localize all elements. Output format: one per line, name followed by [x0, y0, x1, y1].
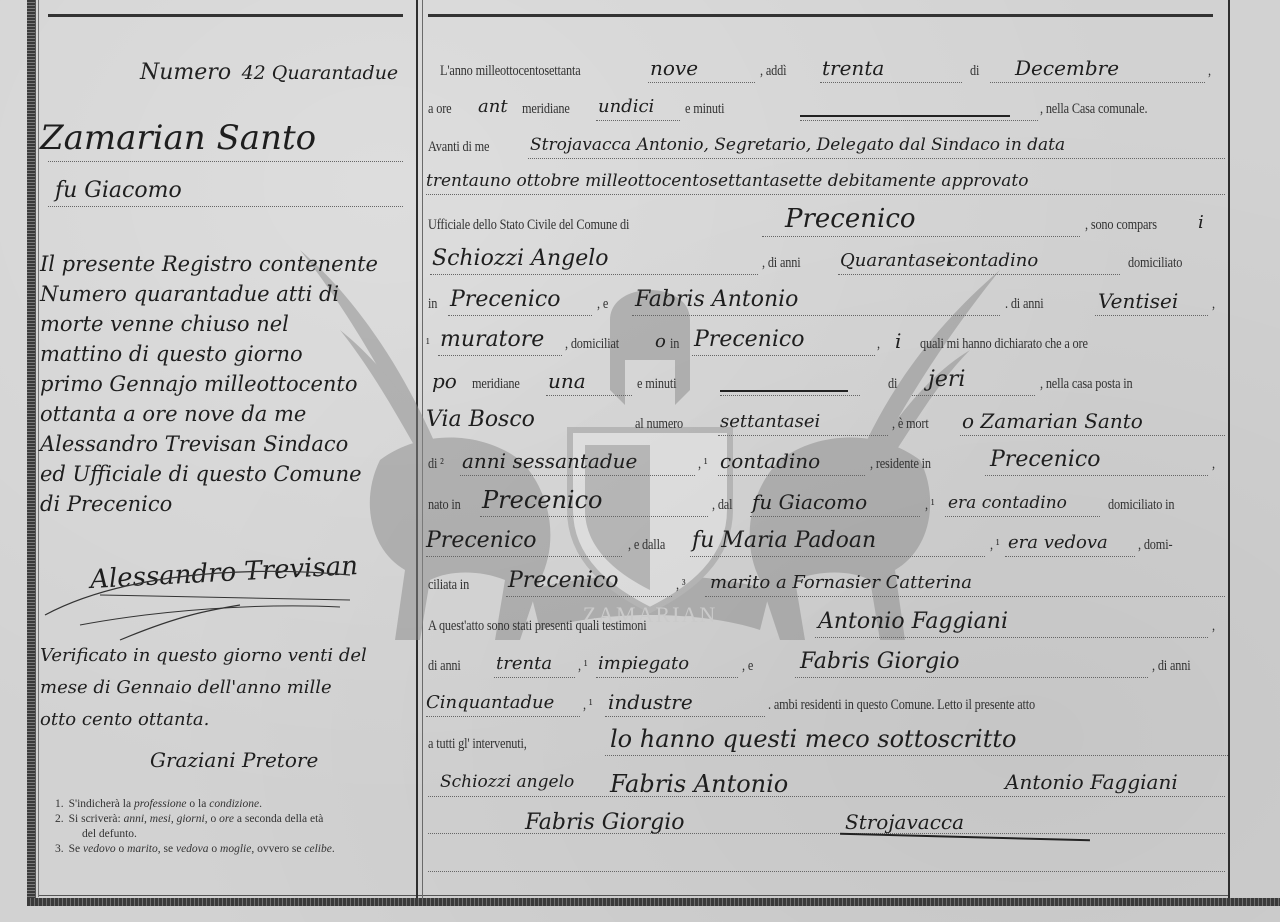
top-rule-left	[48, 14, 403, 17]
handwritten-entry: Precenico	[990, 447, 1100, 472]
printed-text: . di anni	[1005, 296, 1044, 313]
handwritten-entry: anni sessantadue	[462, 449, 637, 473]
printed-text: , e dalla	[628, 537, 665, 554]
footnote-text: Si scriverà:	[69, 813, 124, 825]
printed-text: , domi-	[1138, 537, 1172, 554]
footnote-text: professione	[134, 798, 187, 810]
blank-dash-line	[720, 390, 848, 392]
signature-underline	[840, 833, 1090, 842]
dotted-fill-line	[690, 555, 985, 557]
handwritten-entry: marito a Fornasier Catterina	[710, 572, 972, 593]
signature-flourish-icon	[40, 555, 360, 645]
dotted-fill-line	[1095, 314, 1208, 316]
printed-text: domiciliato in	[1108, 497, 1174, 514]
column-divider-thin	[422, 0, 423, 898]
signature: Antonio Faggiani	[1005, 770, 1178, 794]
printed-text: di anni	[428, 658, 461, 675]
dotted-fill-line	[692, 354, 875, 356]
dotted-fill-line	[448, 314, 592, 316]
handwritten-entry: Precenico	[450, 287, 560, 312]
closing-note-line: Numero quarantadue atti di	[40, 282, 339, 306]
printed-text: ,	[877, 336, 880, 353]
printed-text: Avanti di me	[428, 139, 489, 156]
footnote-line: 3.Se vedovo o marito, se vedova o moglie…	[55, 843, 335, 855]
dotted-fill-line	[648, 81, 755, 83]
printed-text: , ¹	[698, 456, 707, 473]
footnote-text: o	[116, 843, 128, 855]
dotted-line	[48, 160, 403, 162]
footnote-text: .	[259, 798, 262, 810]
signature-dotted-line	[428, 795, 1225, 797]
footnote-line: 1.S'indicherà la professione o la condiz…	[55, 798, 262, 810]
footnote-text: vedova	[176, 843, 209, 855]
closing-note-line: primo Gennajo milleottocento	[40, 372, 357, 396]
dotted-fill-line	[960, 434, 1225, 436]
closing-note-line: Alessandro Trevisan Sindaco	[40, 432, 348, 456]
footnote-text: condizione	[209, 798, 259, 810]
column-divider	[416, 0, 418, 898]
signature: Schiozzi angelo	[440, 772, 574, 792]
numero-label: Numero 42 Quarantadue	[140, 60, 398, 85]
printed-text: , addì	[760, 63, 786, 80]
printed-text: di	[888, 376, 897, 393]
handwritten-entry: i	[895, 329, 901, 353]
footnote-text: Se	[69, 843, 83, 855]
printed-text: , sono compars	[1085, 217, 1157, 234]
dotted-fill-line	[605, 715, 765, 717]
ornamental-border-bottom	[27, 898, 1280, 906]
footnote-text: .	[332, 843, 335, 855]
printed-text: in	[428, 296, 437, 313]
dotted-fill-line	[605, 754, 1228, 756]
printed-text: , e	[597, 296, 608, 313]
dotted-fill-line	[800, 119, 1038, 121]
footnote-text: del defunto.	[82, 828, 137, 840]
footnote-line: del defunto.	[82, 828, 137, 840]
handwritten-entry: po	[432, 369, 457, 393]
printed-text: e minuti	[685, 101, 724, 118]
footnote-text: o	[209, 843, 221, 855]
dotted-fill-line	[795, 676, 1148, 678]
footnote-text: , o	[205, 813, 219, 825]
handwritten-entry: Fabris Giorgio	[800, 649, 960, 674]
dotted-fill-line	[480, 515, 708, 517]
dotted-fill-line	[494, 676, 575, 678]
footnote-text: vedovo	[83, 843, 116, 855]
dotted-fill-line	[718, 434, 888, 436]
printed-text: meridiane	[522, 101, 570, 118]
closing-note-line: mattino di questo giorno	[40, 342, 303, 366]
printed-text: a tutti gl' intervenuti,	[428, 736, 527, 753]
printed-text: , domiciliat	[565, 336, 619, 353]
handwritten-entry: era contadino	[948, 493, 1067, 513]
dotted-fill-line	[815, 636, 1208, 638]
dotted-fill-line	[528, 157, 1225, 159]
handwritten-entry: Precenico	[694, 327, 804, 352]
printed-text: meridiane	[472, 376, 520, 393]
handwritten-entry: Strojavacca Antonio, Segretario, Delegat…	[530, 135, 1065, 155]
printed-text: , e	[742, 658, 753, 675]
footnote-text: a seconda della età	[234, 813, 323, 825]
dotted-fill-line	[718, 474, 865, 476]
handwritten-entry: o Zamarian Santo	[962, 409, 1143, 433]
closing-note-line: di Precenico	[40, 492, 172, 516]
closing-note-line: ed Ufficiale di questo Comune	[40, 462, 362, 486]
document-page: ZAMARIAN Numero 42 Quarantadue Zamarian …	[0, 0, 1280, 922]
handwritten-entry: fu Giacomo	[752, 490, 867, 514]
deceased-name-heading: Zamarian Santo	[40, 118, 316, 158]
printed-text: ,	[1212, 456, 1215, 473]
handwritten-entry: Fabris Antonio	[635, 287, 798, 312]
handwritten-entry: undici	[598, 96, 654, 117]
footnote-text: S'indicherà la	[69, 798, 134, 810]
handwritten-entry: i	[1198, 212, 1204, 233]
printed-text: , nella casa posta in	[1040, 376, 1133, 393]
dotted-fill-line	[596, 119, 680, 121]
signature-dotted-line	[428, 870, 1225, 872]
dotted-fill-line	[546, 394, 632, 396]
handwritten-entry: Ventisei	[1098, 289, 1178, 313]
printed-text: ,	[1208, 63, 1211, 80]
dotted-fill-line	[426, 715, 580, 717]
printed-text: L'anno milleottocentosettanta	[440, 63, 581, 80]
blank-dash-line	[800, 115, 1010, 117]
handwritten-entry: Schiozzi Angelo	[432, 246, 609, 271]
dotted-fill-line	[990, 81, 1205, 83]
signature-pretore: Graziani Pretore	[150, 748, 318, 772]
handwritten-entry: o	[655, 331, 666, 352]
printed-text: di ²	[428, 456, 444, 473]
handwritten-entry: Precenico	[426, 528, 536, 553]
signature: Fabris Giorgio	[525, 810, 685, 835]
footnote-text: marito	[127, 843, 158, 855]
handwritten-entry: Precenico	[508, 568, 618, 593]
dotted-fill-line	[430, 273, 758, 275]
signature: Strojavacca	[845, 810, 964, 834]
printed-text: ¹	[426, 336, 430, 353]
printed-text: , ¹	[578, 658, 587, 675]
handwritten-entry: trentauno ottobre milleottocentosettanta…	[426, 171, 1028, 191]
handwritten-entry: lo hanno questi meco sottoscritto	[610, 725, 1016, 753]
dotted-fill-line	[632, 314, 1000, 316]
handwritten-entry: Antonio Faggiani	[818, 609, 1008, 634]
printed-text: , ¹	[583, 697, 592, 714]
dotted-fill-line	[426, 193, 1225, 195]
printed-text: di	[970, 63, 979, 80]
bottom-rule	[39, 895, 1229, 896]
handwritten-entry: contadino	[720, 449, 820, 473]
printed-text: , ¹	[990, 537, 999, 554]
dotted-fill-line	[912, 394, 1035, 396]
footnote-number: 1.	[55, 798, 64, 810]
dotted-fill-line	[506, 595, 672, 597]
printed-text: , di anni	[1152, 658, 1191, 675]
verification-line: otto cento ottanta.	[40, 709, 209, 730]
signature: Fabris Antonio	[610, 770, 788, 798]
verification-line: mese di Gennaio dell'anno mille	[40, 677, 332, 698]
closing-note-line: Il presente Registro contenente	[40, 252, 378, 276]
inner-border-line	[38, 0, 39, 897]
handwritten-entry: Cinquantadue	[426, 692, 554, 713]
handwritten-entry: jeri	[928, 367, 965, 392]
printed-text: domiciliato	[1128, 255, 1182, 272]
dotted-fill-line	[1005, 555, 1135, 557]
handwritten-entry: era vedova	[1008, 532, 1108, 553]
footnote-number: 3.	[55, 843, 64, 855]
handwritten-entry: Quarantasei	[840, 250, 952, 271]
printed-text: ciliata in	[428, 577, 469, 594]
handwritten-entry: trenta	[822, 56, 884, 80]
printed-text: ,	[1212, 618, 1215, 635]
footnote-text: , se	[158, 843, 176, 855]
dotted-fill-line	[460, 474, 695, 476]
printed-text: nato in	[428, 497, 461, 514]
dotted-fill-line	[838, 273, 1120, 275]
right-margin-divider	[1228, 0, 1230, 898]
dotted-fill-line	[820, 81, 962, 83]
dotted-fill-line	[596, 676, 738, 678]
printed-text: in	[670, 336, 679, 353]
handwritten-entry: contadino	[948, 250, 1038, 271]
handwritten-entry: impiegato	[598, 653, 689, 674]
footnote-text: moglie	[220, 843, 251, 855]
printed-text: , ¹	[925, 497, 934, 514]
handwritten-entry: Decembre	[1015, 56, 1119, 80]
printed-text: al numero	[635, 416, 683, 433]
dotted-fill-line	[705, 595, 1225, 597]
ornamental-border-left	[27, 0, 36, 905]
footnote-line: 2.Si scriverà: anni, mesi, giorni, o ore…	[55, 813, 323, 825]
dotted-fill-line	[438, 354, 562, 356]
dotted-fill-line	[945, 515, 1100, 517]
footnote-text: celibe	[304, 843, 331, 855]
handwritten-entry: Precenico	[482, 486, 603, 514]
printed-text: , ³	[676, 577, 685, 594]
verification-line: Verificato in questo giorno venti del	[40, 645, 367, 666]
handwritten-entry: fu Maria Padoan	[692, 528, 876, 553]
deceased-father: fu Giacomo	[55, 178, 182, 203]
handwritten-entry: settantasei	[720, 411, 820, 432]
footnote-number: 2.	[55, 813, 64, 825]
printed-text: , dal	[712, 497, 732, 514]
printed-text: , è mort	[892, 416, 929, 433]
handwritten-entry: muratore	[440, 327, 544, 352]
top-rule-right	[428, 14, 1213, 17]
printed-text: a ore	[428, 101, 451, 118]
handwritten-entry: una	[548, 369, 586, 393]
dotted-fill-line	[720, 394, 860, 396]
closing-note-line: morte venne chiuso nel	[40, 312, 289, 336]
footnote-text: ore	[219, 813, 234, 825]
footnote-text: anni, mesi, giorni	[124, 813, 205, 825]
handwritten-entry: trenta	[496, 653, 552, 674]
printed-text: Ufficiale dello Stato Civile del Comune …	[428, 217, 629, 234]
handwritten-entry: Via Bosco	[426, 407, 535, 432]
handwritten-entry: Precenico	[785, 204, 916, 234]
handwritten-entry: nove	[650, 56, 698, 80]
dotted-fill-line	[985, 474, 1208, 476]
printed-text: , di anni	[762, 255, 801, 272]
printed-text: A quest'atto sono stati presenti quali t…	[428, 618, 646, 635]
handwritten-entry: ant	[478, 96, 508, 117]
dotted-fill-line	[762, 235, 1080, 237]
printed-text: ,	[1212, 296, 1215, 313]
dotted-fill-line	[426, 555, 622, 557]
numero-value: 42 Quarantadue	[242, 62, 399, 84]
closing-note-line: ottanta a ore nove da me	[40, 402, 306, 426]
printed-text: , nella Casa comunale.	[1040, 101, 1147, 118]
footnote-text: , ovvero se	[251, 843, 304, 855]
dotted-fill-line	[750, 515, 920, 517]
printed-text: e minuti	[637, 376, 676, 393]
dotted-line	[48, 205, 403, 207]
printed-text: , residente in	[870, 456, 931, 473]
printed-text: . ambi residenti in questo Comune. Letto…	[768, 697, 1035, 714]
printed-text: quali mi hanno dichiarato che a ore	[920, 336, 1088, 353]
footnote-text: o la	[187, 798, 210, 810]
handwritten-entry: industre	[608, 690, 693, 714]
